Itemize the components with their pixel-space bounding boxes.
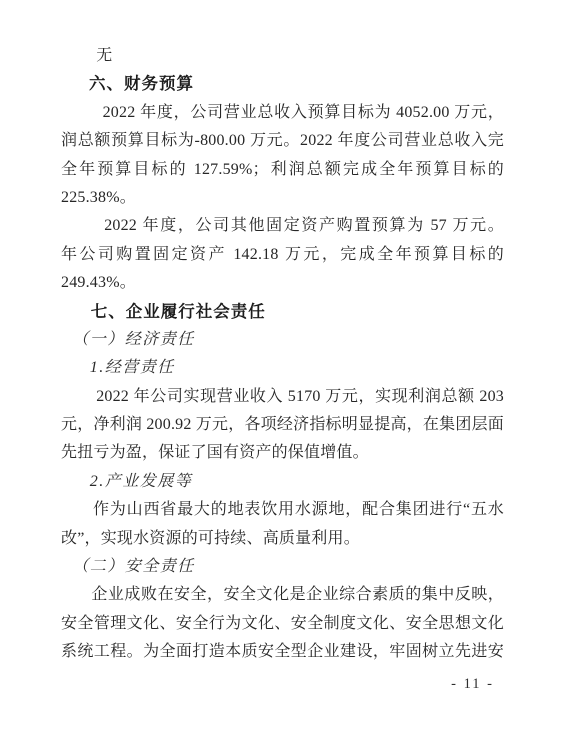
text-line: 润总额预算目标为-800.00 万元。2022 年度公司营业总收入完成 [61,127,504,155]
text-line: 六、财务预算 [61,70,504,98]
block-kaiti: （二）安全责任 [61,553,504,581]
text-line: 1.经营责任 [61,354,504,382]
text-line: 全年预算目标的 127.59%；利润总额完成全年预算目标的 [61,156,504,184]
text-line: 2022 年度，公司营业总收入预算目标为 4052.00 万元，利 [61,99,504,127]
text-line: 元，净利润 200.92 万元，各项经济指标明显提高，在集团层面率 [61,411,504,439]
text-line: （一）经济责任 [61,326,504,354]
text-line: 作为山西省最大的地表饮用水源地，配合集团进行“五水综 [61,496,504,524]
text-line: 先扭亏为盈，保证了国有资产的保值增值。 [61,439,504,467]
text-line: 2.产业发展等 [61,468,504,496]
block-heading: 七、企业履行社会责任 [61,298,504,326]
block-kaiti: 1.经营责任 [61,354,504,382]
text-line: 2022 年公司实现营业收入 5170 万元，实现利润总额 203 万 [61,383,504,411]
block-body: 2022 年度，公司营业总收入预算目标为 4052.00 万元，利润总额预算目标… [61,99,504,213]
block-body: 企业成败在安全，安全文化是企业综合素质的集中反映，是安全管理文化、安全行为文化、… [61,581,504,666]
text-line: 安全管理文化、安全行为文化、安全制度文化、安全思想文化的 [61,610,504,638]
text-line: 系统工程。为全面打造本质安全型企业建设，牢固树立先进安全 [61,638,504,666]
text-line: 2022 年度，公司其他固定资产购置预算为 57 万元。2022 [61,212,504,240]
document-page: 无六、财务预算2022 年度，公司营业总收入预算目标为 4052.00 万元，利… [0,0,562,752]
block-heading: 六、财务预算 [61,70,504,98]
block-body: 2022 年公司实现营业收入 5170 万元，实现利润总额 203 万元，净利润… [61,383,504,468]
text-line: 225.38%。 [61,184,504,212]
text-line: （二）安全责任 [61,553,504,581]
text-line: 年公司购置固定资产 142.18 万元，完成全年预算目标的 [61,241,504,269]
text-line: 七、企业履行社会责任 [61,298,504,326]
text-line: 改”，实现水资源的可持续、高质量利用。 [61,525,504,553]
block-body: 作为山西省最大的地表饮用水源地，配合集团进行“五水综改”，实现水资源的可持续、高… [61,496,504,553]
text-line: 249.43%。 [61,269,504,297]
block-body: 2022 年度，公司其他固定资产购置预算为 57 万元。2022年公司购置固定资… [61,212,504,297]
block-body: 无 [61,42,504,70]
text-line: 企业成败在安全，安全文化是企业综合素质的集中反映，是 [61,581,504,609]
page-number: - 11 - [451,674,494,694]
block-kaiti: 2.产业发展等 [61,468,504,496]
block-kaiti: （一）经济责任 [61,326,504,354]
text-line: 无 [61,42,504,70]
document-content: 无六、财务预算2022 年度，公司营业总收入预算目标为 4052.00 万元，利… [61,42,504,667]
